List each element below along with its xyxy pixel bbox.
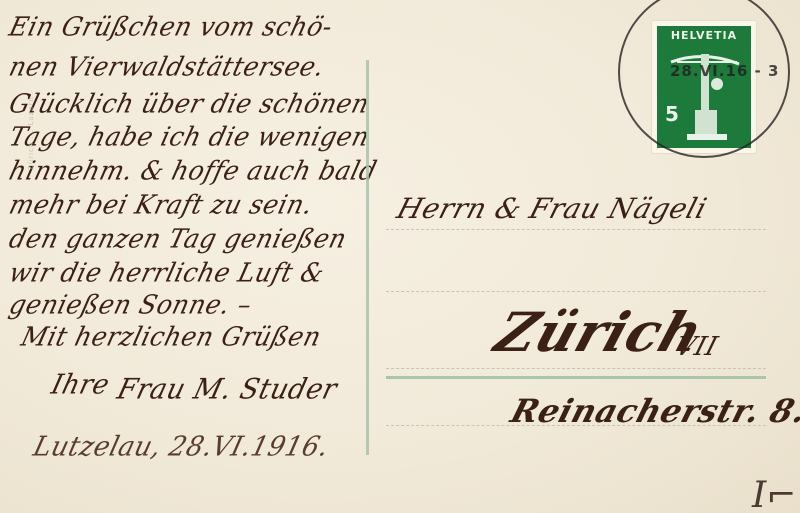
recipient-street: Reinacherstr. 8. xyxy=(507,392,800,430)
address-line-2 xyxy=(386,291,766,292)
center-divider xyxy=(366,60,369,455)
city-underline xyxy=(386,376,766,379)
closing: Ihre xyxy=(48,369,113,401)
address-line-1 xyxy=(386,229,766,230)
message-line-3: Glücklich über die schönen xyxy=(6,88,372,118)
signature: Frau M. Studer xyxy=(114,373,341,406)
address-line-3 xyxy=(386,368,766,369)
message-line-6: mehr bei Kraft zu sein. xyxy=(6,189,316,219)
message-line-4: Tage, habe ich die wenigen xyxy=(6,121,373,151)
message-line-9: genießen Sonne. – xyxy=(6,289,255,319)
message-line-5: hinnehm. & hoffe auch bald xyxy=(6,155,380,185)
corner-mark: I⌐ xyxy=(752,475,796,513)
postmark-date: 28.VI.16 - 3 xyxy=(670,62,779,80)
message-line-7: den ganzen Tag genießen xyxy=(6,223,350,253)
recipient-district: VII xyxy=(672,332,721,362)
place-date: Lutzelau, 28.VI.1916. xyxy=(30,431,332,463)
message-line-10: Mit herzlichen Grüßen xyxy=(18,321,324,351)
message-line-8: wir die herrliche Luft & xyxy=(6,257,327,287)
printer-imprint: Zürich ... Luzern xyxy=(27,96,35,170)
postcard-back: Ein Grüßchen vom schö- nen Vierwaldstätt… xyxy=(0,0,800,513)
recipient-name: Herrn & Frau Nägeli xyxy=(393,192,711,225)
message-line-1: Ein Grüßchen vom schö- xyxy=(6,11,336,41)
message-line-2: nen Vierwaldstättersee. xyxy=(6,51,328,81)
